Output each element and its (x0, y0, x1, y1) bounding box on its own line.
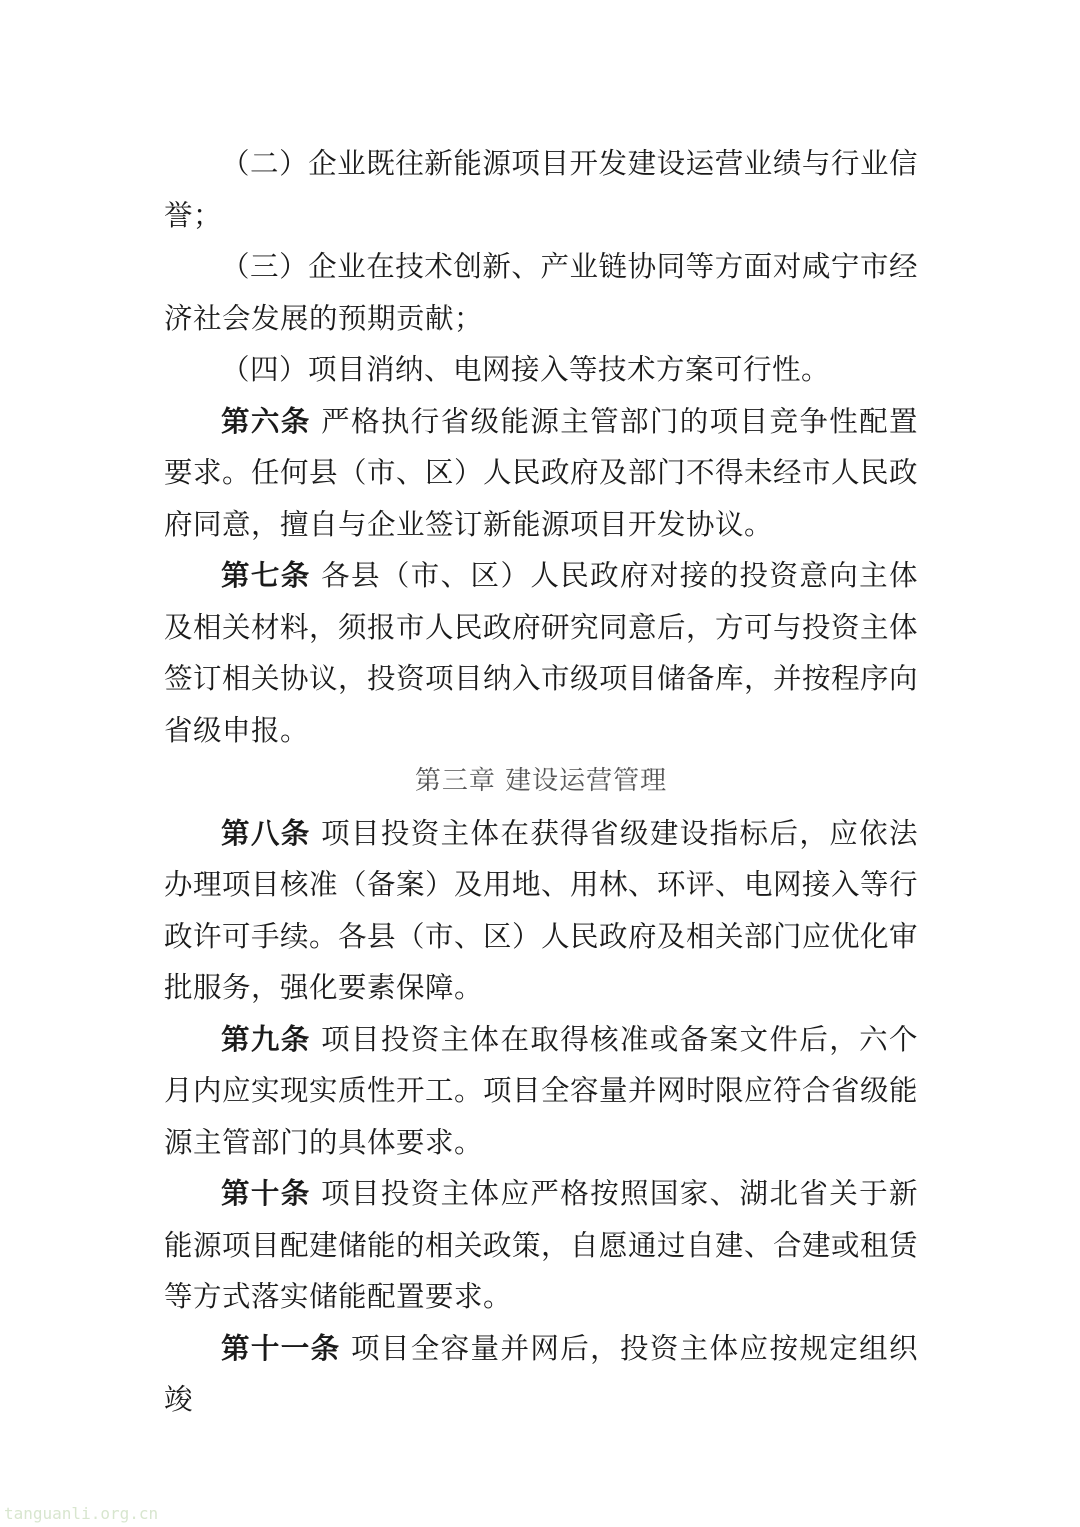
article-6: 第六条 严格执行省级能源主管部门的项目竞争性配置要求。任何县（市、区）人民政府及… (164, 396, 918, 551)
article-lead: 第六条 (221, 405, 311, 438)
article-lead: 第十条 (221, 1177, 311, 1210)
paragraph-item-2: （二）企业既往新能源项目开发建设运营业绩与行业信誉； (164, 138, 918, 241)
paragraph-text: （四）项目消纳、电网接入等技术方案可行性。 (221, 353, 830, 386)
paragraph-text: （二）企业既往新能源项目开发建设运营业绩与行业信誉； (164, 147, 918, 232)
article-9: 第九条 项目投资主体在取得核准或备案文件后，六个月内应实现实质性开工。项目全容量… (164, 1014, 918, 1169)
article-lead: 第十一条 (221, 1332, 341, 1365)
article-lead: 第七条 (221, 559, 311, 592)
article-8: 第八条 项目投资主体在获得省级建设指标后，应依法办理项目核准（备案）及用地、用林… (164, 808, 918, 1014)
paragraph-text: （三）企业在技术创新、产业链协同等方面对咸宁市经济社会发展的预期贡献； (164, 250, 918, 335)
article-10: 第十条 项目投资主体应严格按照国家、湖北省关于新能源项目配建储能的相关政策，自愿… (164, 1168, 918, 1323)
watermark: tanguanli.org.cn (4, 1504, 158, 1523)
article-7: 第七条 各县（市、区）人民政府对接的投资意向主体及相关材料，须报市人民政府研究同… (164, 550, 918, 756)
document-page: （二）企业既往新能源项目开发建设运营业绩与行业信誉； （三）企业在技术创新、产业… (164, 138, 918, 1426)
article-11: 第十一条 项目全容量并网后，投资主体应按规定组织竣 (164, 1323, 918, 1426)
article-lead: 第九条 (221, 1023, 311, 1056)
paragraph-item-3: （三）企业在技术创新、产业链协同等方面对咸宁市经济社会发展的预期贡献； (164, 241, 918, 344)
chapter-heading: 第三章 建设运营管理 (164, 756, 918, 808)
article-lead: 第八条 (221, 817, 311, 850)
paragraph-item-4: （四）项目消纳、电网接入等技术方案可行性。 (164, 344, 918, 396)
